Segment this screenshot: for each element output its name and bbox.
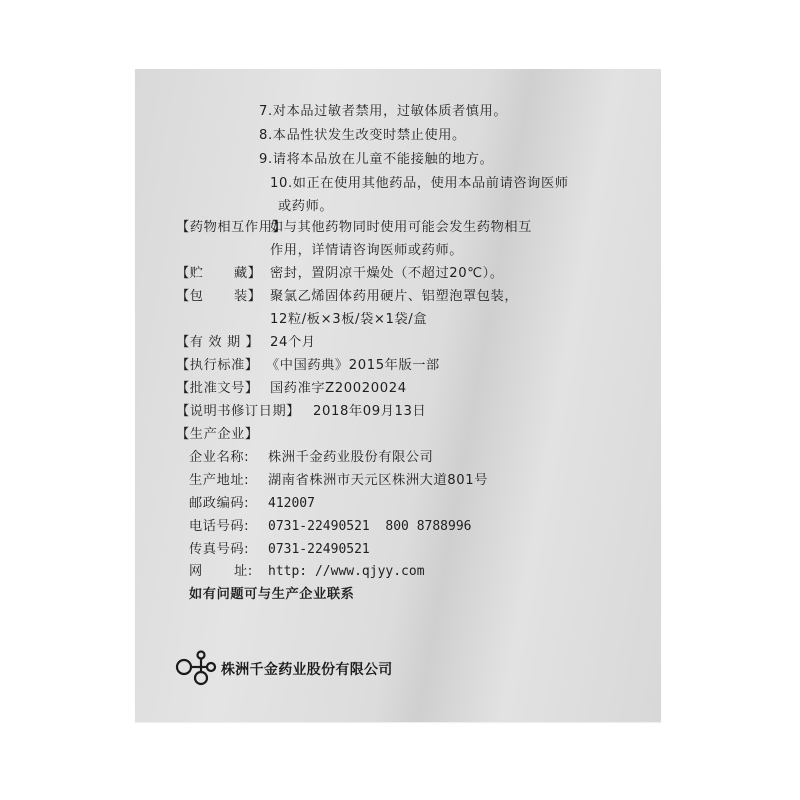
company-name: 株洲千金药业股份有限公司: [268, 449, 433, 467]
packaging-text-1: 聚氯乙烯固体药用硬片、铝塑泡罩包装，: [270, 288, 518, 306]
website-label-right: 址:: [234, 563, 253, 581]
manufacturer-label: 【生产企业】: [176, 426, 259, 444]
fax-value: 0731-22490521: [268, 541, 370, 559]
address-value: 湖南省株洲市天元区株洲大道801号: [268, 472, 488, 490]
company-name-label: 企业名称:: [189, 449, 249, 467]
validity-value: 24个月: [270, 334, 316, 352]
approval-label: 【批准文号】: [176, 380, 259, 398]
postcode-label: 邮政编码:: [189, 495, 249, 513]
packaging-text-2: 12粒/板×3板/袋×1袋/盒: [270, 311, 427, 329]
standard-value: 《中国药典》2015年版一部: [266, 357, 440, 375]
interaction-text-2: 作用，详情请咨询医师或药师。: [270, 242, 463, 260]
contact-note: 如有问题可与生产企业联系: [189, 586, 354, 604]
qianjin-logo-icon: [175, 647, 217, 691]
website-link[interactable]: http: //www.qjyy.com: [268, 563, 425, 581]
address-label: 生产地址:: [189, 472, 249, 490]
storage-value: 密封，置阴凉干燥处（不超过20℃）。: [270, 265, 504, 283]
validity-label: 【有 效 期 】: [176, 334, 259, 352]
postcode-value: 412007: [268, 495, 315, 513]
precaution-8: 8.本品性状发生改变时禁止使用。: [259, 127, 466, 145]
website-label-left: 网: [189, 563, 203, 581]
precaution-10: 10.如正在使用其他药品，使用本品前请咨询医师: [270, 175, 569, 193]
approval-value: 国药准字Z20020024: [270, 380, 407, 398]
interaction-text-1: 如与其他药物同时使用可能会发生药物相互: [270, 219, 532, 237]
precaution-7: 7.对本品过敏者禁用，过敏体质者慎用。: [259, 103, 507, 121]
phone-label: 电话号码:: [189, 518, 249, 536]
company-logo: 株洲千金药业股份有限公司: [175, 649, 393, 689]
phone-value: 0731-22490521 800 8788996: [268, 518, 472, 536]
logo-company-name: 株洲千金药业股份有限公司: [221, 659, 393, 679]
storage-label-right: 藏】: [234, 265, 262, 283]
precaution-10-cont: 或药师。: [278, 198, 333, 216]
precaution-9: 9.请将本品放在儿童不能接触的地方。: [259, 151, 493, 169]
revision-label: 【说明书修订日期】: [176, 403, 300, 421]
fax-label: 传真号码:: [189, 541, 249, 559]
packaging-label-right: 装】: [234, 288, 262, 306]
storage-label-left: 【贮: [176, 265, 204, 283]
revision-value: 2018年09月13日: [313, 403, 426, 421]
standard-label: 【执行标准】: [176, 357, 259, 375]
packaging-label-left: 【包: [176, 288, 204, 306]
